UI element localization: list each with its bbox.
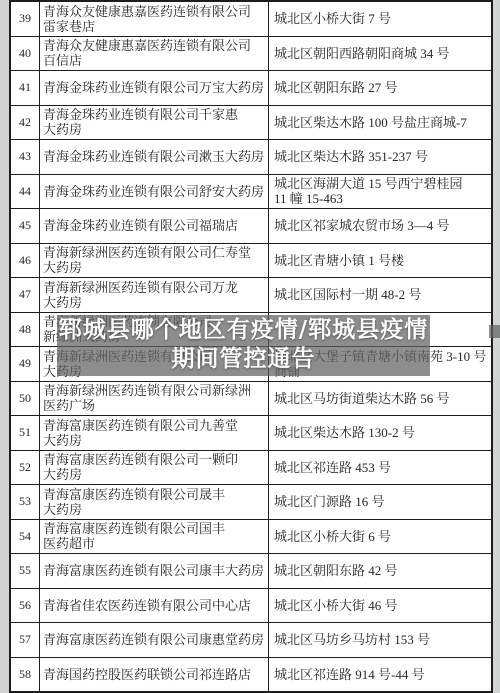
pharmacy-address: 城北区朝阳西路朝阳商城 34 号 (269, 37, 491, 71)
watermark-line1: 郓城县哪个地区有疫情/郓城县疫情 (57, 316, 430, 345)
table-row: 43青海金珠药业连锁有限公司漱玉大药房城北区柴达木路 351-237 号 (11, 140, 491, 175)
pharmacy-name: 青海新绿洲医药连锁有限公司新绿洲 医药广场 (40, 382, 269, 416)
table-row: 50青海新绿洲医药连锁有限公司新绿洲 医药广场城北区马坊街道柴达木路 56 号 (11, 382, 491, 417)
pharmacy-address: 城北区马坊街道柴达木路 56 号 (269, 382, 491, 416)
pharmacy-name: 青海富康医药连锁有限公司康惠堂药房 (40, 623, 269, 657)
table-row: 51青海富康医药连锁有限公司九善堂 大药房城北区柴达木路 130-2 号 (11, 416, 491, 451)
watermark-fragment (489, 325, 500, 338)
row-number: 46 (11, 244, 40, 278)
pharmacy-address: 城北区小桥大街 6 号 (269, 520, 491, 554)
pharmacy-address: 城北区柴达木路 351-237 号 (269, 140, 491, 174)
pharmacy-address: 城北区祁连路 914 号-44 号 (269, 658, 491, 692)
table-row: 56青海省佳农医药连锁有限公司中心店城北区小桥大街 46 号 (11, 589, 491, 624)
pharmacy-name: 青海富康医药连锁有限公司康丰大药房 (40, 554, 269, 588)
row-number: 54 (11, 520, 40, 554)
pharmacy-name: 青海金珠药业连锁有限公司漱玉大药房 (40, 140, 269, 174)
watermark-line2: 期间管控通告 (57, 345, 430, 374)
table-row: 42青海金珠药业连锁有限公司千家惠 大药房城北区柴达木路 100 号盐庄商城-7 (11, 106, 491, 141)
pharmacy-name: 青海富康医药连锁有限公司国丰 医药超市 (40, 520, 269, 554)
row-number: 57 (11, 623, 40, 657)
table-row: 54青海富康医药连锁有限公司国丰 医药超市城北区小桥大街 6 号 (11, 520, 491, 555)
table-row: 45青海金珠药业连锁有限公司福瑞店城北区祁家城农贸市场 3—4 号 (11, 209, 491, 244)
row-number: 52 (11, 451, 40, 485)
row-number: 51 (11, 416, 40, 450)
row-number: 40 (11, 37, 40, 71)
table-row: 46青海新绿洲医药连锁有限公司仁寿堂 大药房城北区青塘小镇 1 号楼 (11, 244, 491, 279)
table-row: 57青海富康医药连锁有限公司康惠堂药房城北区马坊乡马坊村 153 号 (11, 623, 491, 658)
row-number: 48 (11, 313, 40, 347)
row-number: 43 (11, 140, 40, 174)
watermark-overlay: 郓城县哪个地区有疫情/郓城县疫情 期间管控通告 (57, 315, 430, 376)
pharmacy-address: 城北区海湖大道 15 号西宁碧桂园 11 幢 15-463 (269, 175, 491, 209)
pharmacy-address: 城北区朝阳东路 42 号 (269, 554, 491, 588)
pharmacy-address: 城北区小桥大街 46 号 (269, 589, 491, 623)
pharmacy-name: 青海新绿洲医药连锁有限公司仁寿堂 大药房 (40, 244, 269, 278)
row-number: 45 (11, 209, 40, 243)
pharmacy-address: 城北区祁连路 453 号 (269, 451, 491, 485)
pharmacy-name: 青海富康医药连锁有限公司一颗印 大药房 (40, 451, 269, 485)
table-row: 41青海金珠药业连锁有限公司万宝大药房城北区朝阳东路 27 号 (11, 71, 491, 106)
table-row: 44青海金珠药业连锁有限公司舒安大药房城北区海湖大道 15 号西宁碧桂园 11 … (11, 175, 491, 210)
table-row: 58青海国药控股医药联锁公司祁连路店城北区祁连路 914 号-44 号 (11, 658, 491, 692)
pharmacy-address: 城北区青塘小镇 1 号楼 (269, 244, 491, 278)
pharmacy-name: 青海金珠药业连锁有限公司舒安大药房 (40, 175, 269, 209)
row-number: 41 (11, 71, 40, 105)
pharmacy-name: 青海省佳农医药连锁有限公司中心店 (40, 589, 269, 623)
row-number: 55 (11, 554, 40, 588)
pharmacy-address: 城北区国际村一期 48-2 号 (269, 278, 491, 312)
row-number: 47 (11, 278, 40, 312)
table-row: 47青海新绿洲医药连锁有限公司万龙 大药房城北区国际村一期 48-2 号 (11, 278, 491, 313)
pharmacy-name: 青海众友健康惠嘉医药连锁有限公司 雷家巷店 (40, 2, 269, 36)
row-number: 58 (11, 658, 40, 692)
pharmacy-name: 青海金珠药业连锁有限公司千家惠 大药房 (40, 106, 269, 140)
row-number: 50 (11, 382, 40, 416)
pharmacy-name: 青海国药控股医药联锁公司祁连路店 (40, 658, 269, 692)
row-number: 39 (11, 2, 40, 36)
pharmacy-name: 青海金珠药业连锁有限公司万宝大药房 (40, 71, 269, 105)
table-row: 39青海众友健康惠嘉医药连锁有限公司 雷家巷店城北区小桥大街 7 号 (11, 2, 491, 37)
row-number: 53 (11, 485, 40, 519)
pharmacy-name: 青海众友健康惠嘉医药连锁有限公司 百信店 (40, 37, 269, 71)
pharmacy-address: 城北区柴达木路 130-2 号 (269, 416, 491, 450)
pharmacy-address: 城北区小桥大街 7 号 (269, 2, 491, 36)
row-number: 49 (11, 347, 40, 381)
table-row: 55青海富康医药连锁有限公司康丰大药房城北区朝阳东路 42 号 (11, 554, 491, 589)
pharmacy-address: 城北区门源路 16 号 (269, 485, 491, 519)
row-number: 42 (11, 106, 40, 140)
pharmacy-address: 城北区柴达木路 100 号盐庄商城-7 (269, 106, 491, 140)
pharmacy-address: 城北区马坊乡马坊村 153 号 (269, 623, 491, 657)
pharmacy-name: 青海富康医药连锁有限公司九善堂 大药房 (40, 416, 269, 450)
pharmacy-name: 青海新绿洲医药连锁有限公司万龙 大药房 (40, 278, 269, 312)
pharmacy-name: 青海富康医药连锁有限公司晟丰 大药房 (40, 485, 269, 519)
table-row: 40青海众友健康惠嘉医药连锁有限公司 百信店城北区朝阳西路朝阳商城 34 号 (11, 37, 491, 72)
table-row: 52青海富康医药连锁有限公司一颗印 大药房城北区祁连路 453 号 (11, 451, 491, 486)
table-row: 53青海富康医药连锁有限公司晟丰 大药房城北区门源路 16 号 (11, 485, 491, 520)
row-number: 56 (11, 589, 40, 623)
pharmacy-name: 青海金珠药业连锁有限公司福瑞店 (40, 209, 269, 243)
row-number: 44 (11, 175, 40, 209)
pharmacy-address: 城北区祁家城农贸市场 3—4 号 (269, 209, 491, 243)
pharmacy-address: 城北区朝阳东路 27 号 (269, 71, 491, 105)
